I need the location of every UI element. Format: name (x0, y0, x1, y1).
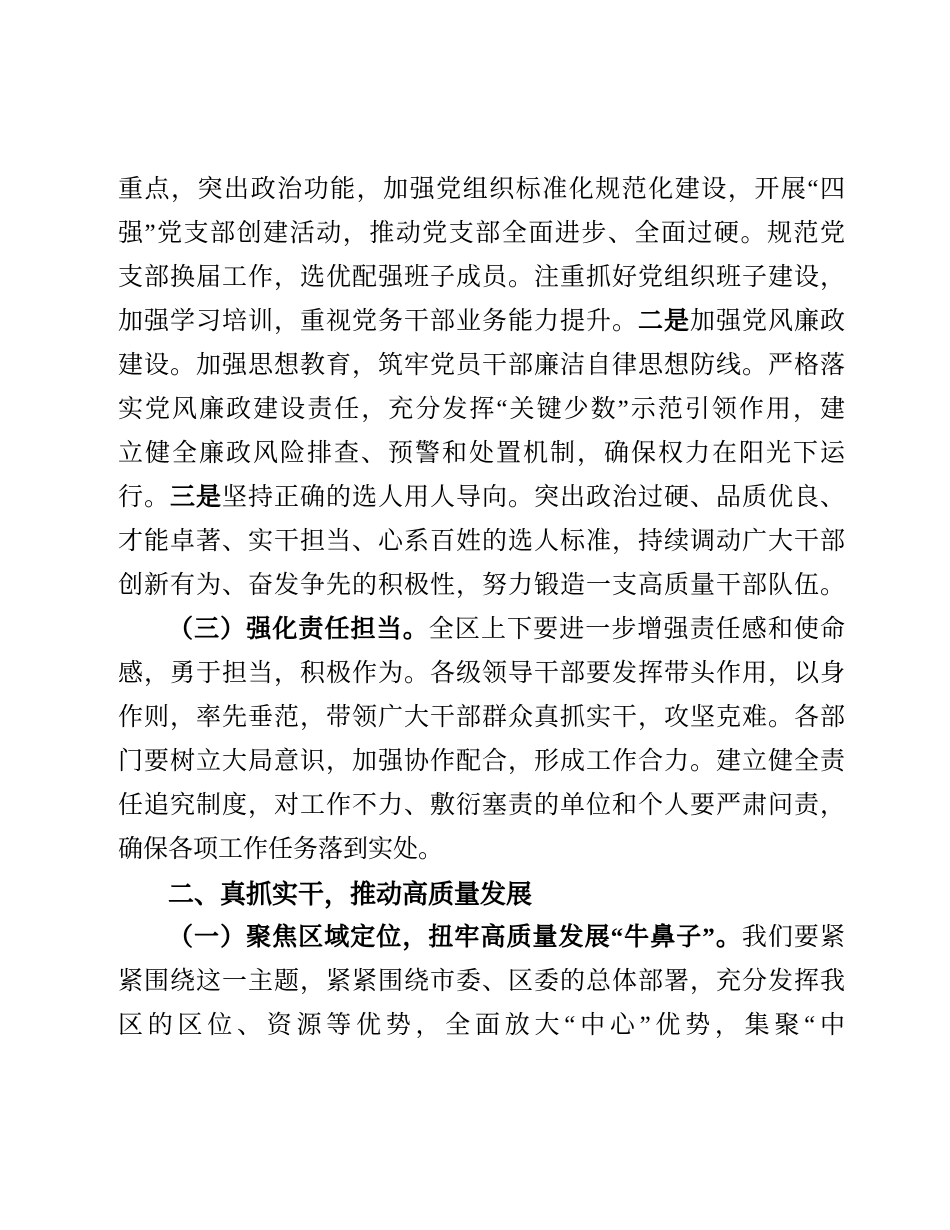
text-line: 作则，率先垂范，带领广大干部群众真抓实干，攻坚克难。各部 (118, 696, 845, 740)
text-run: 我们要紧 (742, 924, 845, 951)
text-line: 实党风廉政建设责任，充分发挥“关键少数”示范引领作用，建 (118, 388, 845, 432)
paragraph-lead-bold-run: （三）强化责任担当。 (168, 616, 429, 643)
text-line: 加强学习培训，重视党务干部业务能力提升。二是加强党风廉政 (118, 300, 845, 344)
text-line: 支部换届工作，选优配强班子成员。注重抓好党组织班子建设， (118, 256, 845, 300)
text-run: 任追究制度，对工作不力、敷衍塞责的单位和个人要严肃问责， (118, 792, 845, 819)
text-run: 加强学习培训，重视党务干部业务能力提升。 (118, 308, 638, 335)
text-run: 确保各项工作任务落到实处。 (118, 836, 443, 863)
section-heading: 二、真抓实干，推动高质量发展 (118, 872, 845, 916)
text-run: 建设。加强思想教育，筑牢党员干部廉洁自律思想防线。严格落 (118, 352, 845, 379)
text-run: 实党风廉政建设责任，充分发挥“关键少数”示范引领作用，建 (118, 396, 845, 423)
text-line: 才能卓著、实干担当、心系百姓的选人标准，持续调动广大干部 (118, 520, 845, 564)
text-run: 加强党风廉政 (690, 308, 845, 335)
paragraph-lead-line: （一）聚焦区域定位，扭牢高质量发展“牛鼻子”。我们要紧 (118, 916, 845, 960)
paragraph-end-line: 确保各项工作任务落到实处。 (118, 828, 845, 872)
text-run: 才能卓著、实干担当、心系百姓的选人标准，持续调动广大干部 (118, 528, 845, 555)
text-run: 支部换届工作，选优配强班子成员。注重抓好党组织班子建设， (118, 264, 845, 291)
text-line: 任追究制度，对工作不力、敷衍塞责的单位和个人要严肃问责， (118, 784, 845, 828)
text-line: 立健全廉政风险排查、预警和处置机制，确保权力在阳光下运 (118, 432, 845, 476)
paragraph-lead-bold-run: （一）聚焦区域定位，扭牢高质量发展“牛鼻子”。 (168, 924, 742, 951)
paragraph-lead-line: （三）强化责任担当。全区上下要进一步增强责任感和使命 (118, 608, 845, 652)
text-run: 立健全廉政风险排查、预警和处置机制，确保权力在阳光下运 (118, 440, 845, 467)
text-line: 建设。加强思想教育，筑牢党员干部廉洁自律思想防线。严格落 (118, 344, 845, 388)
text-run: 全区上下要进一步增强责任感和使命 (429, 616, 845, 643)
text-run: 作则，率先垂范，带领广大干部群众真抓实干，攻坚克难。各部 (118, 704, 845, 731)
text-run: 区的区位、资源等优势，全面放大“中心”优势，集聚“中 (118, 1012, 845, 1039)
document-page: 重点，突出政治功能，加强党组织标准化规范化建设，开展“四 强”党支部创建活动，推… (0, 0, 950, 1230)
text-run: 重点，突出政治功能，加强党组织标准化规范化建设，开展“四 (118, 176, 845, 203)
text-run: 门要树立大局意识，加强协作配合，形成工作合力。建立健全责 (118, 748, 845, 775)
text-line: 门要树立大局意识，加强协作配合，形成工作合力。建立健全责 (118, 740, 845, 784)
text-run: 感，勇于担当，积极作为。各级领导干部要发挥带头作用，以身 (118, 660, 845, 687)
text-line: 紧围绕这一主题，紧紧围绕市委、区委的总体部署，充分发挥我 (118, 960, 845, 1004)
text-line: 行。三是坚持正确的选人用人导向。突出政治过硬、品质优良、 (118, 476, 845, 520)
text-line: 强”党支部创建活动，推动党支部全面进步、全面过硬。规范党 (118, 212, 845, 256)
text-run: 创新有为、奋发争先的积极性，努力锻造一支高质量干部队伍。 (118, 572, 845, 599)
text-run: 坚持正确的选人用人导向。突出政治过硬、品质优良、 (222, 484, 845, 511)
bold-text-run: 三是 (170, 484, 222, 511)
text-run: 紧围绕这一主题，紧紧围绕市委、区委的总体部署，充分发挥我 (118, 968, 845, 995)
text-line: 区的区位、资源等优势，全面放大“中心”优势，集聚“中 (118, 1004, 845, 1048)
text-line: 创新有为、奋发争先的积极性，努力锻造一支高质量干部队伍。 (118, 564, 845, 608)
text-run: 行。 (118, 484, 170, 511)
text-line: 重点，突出政治功能，加强党组织标准化规范化建设，开展“四 (118, 168, 845, 212)
bold-text-run: 二是 (638, 308, 690, 335)
text-line: 感，勇于担当，积极作为。各级领导干部要发挥带头作用，以身 (118, 652, 845, 696)
section-heading-text: 二、真抓实干，推动高质量发展 (168, 879, 532, 909)
text-run: 强”党支部创建活动，推动党支部全面进步、全面过硬。规范党 (118, 220, 845, 247)
